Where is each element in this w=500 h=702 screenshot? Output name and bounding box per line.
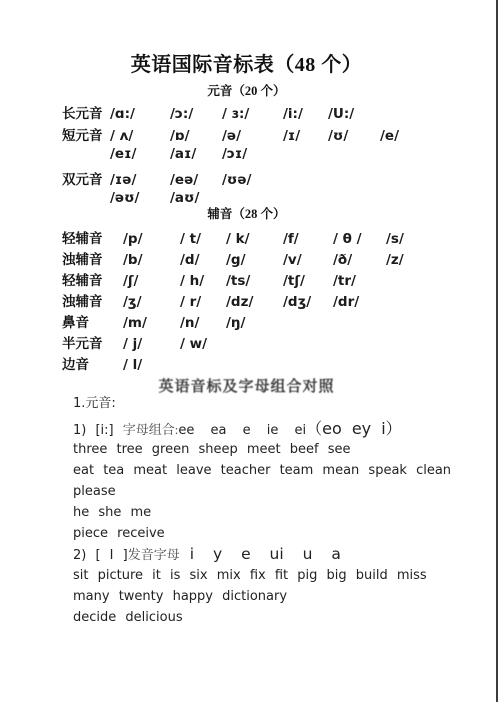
text-segment: 1) [i:] <box>73 423 123 438</box>
phoneme-cell: /ts/ <box>226 273 283 289</box>
phonetic-row-label: 浊辅音 <box>62 290 123 310</box>
text-segment: he she me <box>73 505 151 520</box>
text-segment: eat tea meat leave teacher team mean spe… <box>73 463 451 478</box>
vowel-rows-table: 长元音/ɑ://ɔ:// ɜ://i://U:/短元音/ ʌ//ɒ//ə//ɪ/… <box>62 102 440 212</box>
text-segment: three tree green sheep meet beef see <box>73 442 351 457</box>
phonetic-row: 浊辅音/b//d//g//v//ð//z/ <box>62 248 436 269</box>
text-segment: please <box>73 484 116 499</box>
phoneme-cell: /ʊ/ <box>328 128 380 144</box>
phoneme-cell: / h/ <box>180 273 226 289</box>
phonetic-row: 轻辅音/ʃ// h//ts//tʃ//tr/ <box>62 269 436 290</box>
phoneme-cell: /ŋ/ <box>226 315 283 331</box>
phoneme-cell: /p/ <box>123 231 180 247</box>
phoneme-cell: /tʃ/ <box>283 273 333 289</box>
phoneme-cell: /ɑ:/ <box>110 106 170 122</box>
phoneme-cell: / l/ <box>123 357 180 373</box>
phoneme-cell: /tr/ <box>333 273 386 289</box>
phonetic-row-label: 双元音 <box>62 168 110 188</box>
text-segment: decide delicious <box>73 610 183 625</box>
vowel-section-header: 元音（20 个） <box>0 81 493 99</box>
phonetic-row-label: 轻辅音 <box>62 269 123 289</box>
phoneme-cell: / ʌ/ <box>110 128 170 144</box>
text-segment: 1.元音: <box>73 396 116 411</box>
document-page: 英语国际音标表（48 个） 元音（20 个） 长元音/ɑ://ɔ:// ɜ://… <box>0 0 493 702</box>
phonetic-row: 轻辅音/p// t// k//f// θ //s/ <box>62 227 436 248</box>
phonetic-row-label: 短元音 <box>62 124 110 144</box>
consonant-section-header: 辅音（28 个） <box>0 204 493 222</box>
phoneme-cell: / t/ <box>180 231 226 247</box>
phoneme-cell: /dr/ <box>333 294 386 310</box>
text-segment: 发音字母 <box>128 547 180 562</box>
text-line: 1.元音: <box>73 393 493 414</box>
phoneme-cell: /ə/ <box>222 128 283 144</box>
phonetic-row: 双元音/ɪə//eə//ʊə/ <box>62 168 440 190</box>
phoneme-cell: /d/ <box>180 252 226 268</box>
text-segment: （eo ey i） <box>306 419 402 438</box>
phoneme-cell: /g/ <box>226 252 283 268</box>
page-title: 英语国际音标表（48 个） <box>0 48 493 77</box>
phoneme-cell: / ɜ:/ <box>222 106 283 122</box>
phoneme-cell: /ɔɪ/ <box>222 146 283 162</box>
text-line: sit picture it is six mix fix fit pig bi… <box>73 565 493 586</box>
phonetic-row-label: 浊辅音 <box>62 248 123 268</box>
phonetic-row: 浊辅音/ʒ// r//dz//dʒ//dr/ <box>62 290 436 311</box>
phoneme-cell: /v/ <box>283 252 333 268</box>
phonetic-row-label: 鼻音 <box>62 311 123 331</box>
consonant-rows-table: 轻辅音/p// t// k//f// θ //s/浊辅音/b//d//g//v/… <box>62 227 436 374</box>
phoneme-cell: /ʃ/ <box>123 273 180 289</box>
phoneme-cell: /U:/ <box>328 106 380 122</box>
phonetic-row: /eɪ//aɪ//ɔɪ/ <box>62 146 440 168</box>
page-edge-line <box>496 0 498 702</box>
phoneme-cell: /i:/ <box>283 106 328 122</box>
text-segment: 字母组合: <box>123 422 179 437</box>
text-line: 2) [ I ]发音字母i y e ui u a <box>73 544 493 565</box>
phoneme-cell: /e/ <box>380 128 440 144</box>
phoneme-cell: /ɔ:/ <box>170 106 222 122</box>
text-line: decide delicious <box>73 607 493 628</box>
phoneme-cell: /ɪ/ <box>283 128 328 144</box>
text-line: piece receive <box>73 523 493 544</box>
text-line: 1) [i:] 字母组合:ee ea e ie ei（eo ey i） <box>73 418 493 439</box>
phoneme-cell: /ʊə/ <box>222 172 283 188</box>
text-line: he she me <box>73 502 493 523</box>
text-segment: i y e ui u a <box>190 545 341 563</box>
phonetic-row-label: 半元音 <box>62 332 123 352</box>
text-segment: sit picture it is six mix fix fit pig bi… <box>73 568 427 583</box>
phoneme-cell: /ʒ/ <box>123 294 180 310</box>
text-segment: ee ea e ie ei <box>178 423 306 438</box>
phoneme-cell: /dz/ <box>226 294 283 310</box>
phoneme-cell: /eɪ/ <box>110 146 170 162</box>
section2-body: 1.元音:1) [i:] 字母组合:ee ea e ie ei（eo ey i）… <box>73 393 493 628</box>
text-line: please <box>73 481 493 502</box>
text-segment: piece receive <box>73 526 165 541</box>
phoneme-cell: / k/ <box>226 231 283 247</box>
text-segment: many twenty happy dictionary <box>73 589 287 604</box>
text-segment: 2) [ I ] <box>73 548 128 563</box>
text-line: three tree green sheep meet beef see <box>73 439 493 460</box>
phoneme-cell: / r/ <box>180 294 226 310</box>
phoneme-cell: /f/ <box>283 231 333 247</box>
phoneme-cell: /b/ <box>123 252 180 268</box>
phoneme-cell: /ð/ <box>333 252 386 268</box>
phoneme-cell: /dʒ/ <box>283 294 333 310</box>
phonetic-row-label: 边音 <box>62 353 123 373</box>
phoneme-cell: /m/ <box>123 315 180 331</box>
phoneme-cell: / j/ <box>123 336 180 352</box>
phonetic-row-label: 长元音 <box>62 102 110 122</box>
phonetic-row: 半元音/ j// w/ <box>62 332 436 353</box>
phoneme-cell: /z/ <box>386 252 436 268</box>
phoneme-cell: /n/ <box>180 315 226 331</box>
phoneme-cell: /s/ <box>386 231 436 247</box>
phoneme-cell: /ɪə/ <box>110 172 170 188</box>
phoneme-cell: /ɒ/ <box>170 128 222 144</box>
phoneme-cell: / w/ <box>180 336 226 352</box>
phonetic-row: 短元音/ ʌ//ɒ//ə//ɪ//ʊ//e/ <box>62 124 440 146</box>
phonetic-row: 长元音/ɑ://ɔ:// ɜ://i://U:/ <box>62 102 440 124</box>
phoneme-cell: /eə/ <box>170 172 222 188</box>
phonetic-row: 鼻音/m//n//ŋ/ <box>62 311 436 332</box>
phoneme-cell: / θ / <box>333 231 386 247</box>
text-line: eat tea meat leave teacher team mean spe… <box>73 460 493 481</box>
phonetic-row-label: 轻辅音 <box>62 227 123 247</box>
phonetic-row: 边音/ l/ <box>62 353 436 374</box>
text-line: many twenty happy dictionary <box>73 586 493 607</box>
phoneme-cell: /aɪ/ <box>170 146 222 162</box>
